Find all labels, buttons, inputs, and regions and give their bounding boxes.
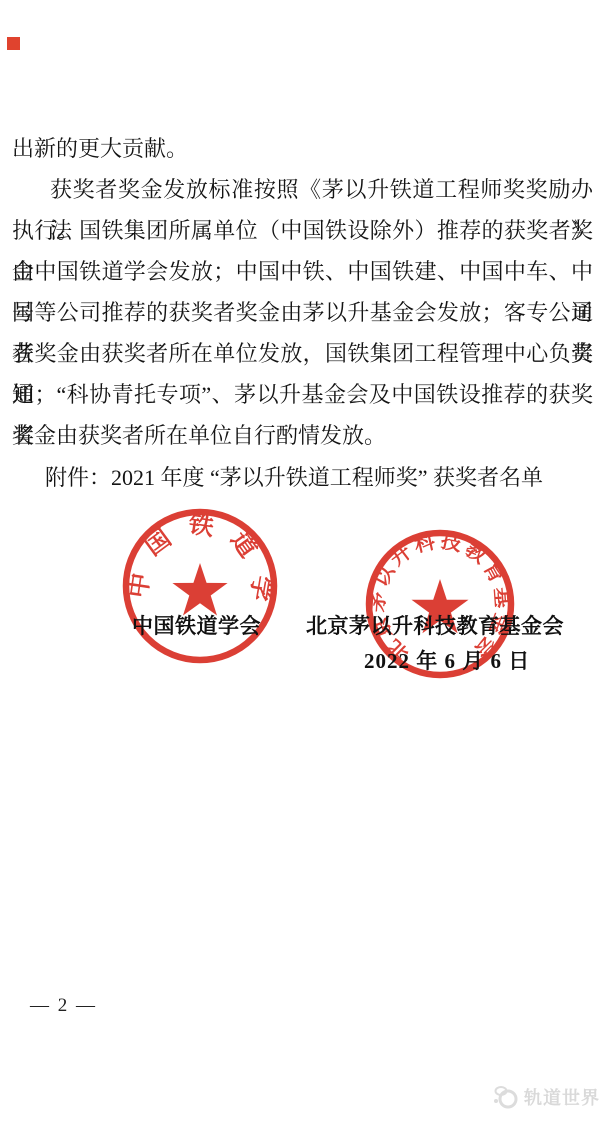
body-paragraphs: 出新的更大贡献。 获奖者奖金发放标准按照《茅以升铁道工程师奖奖励办法》 执行。国… bbox=[12, 128, 593, 456]
body-line: 奖金由获奖者所在单位自行酌情发放。 bbox=[12, 415, 593, 456]
star-icon bbox=[172, 563, 227, 616]
body-line: 执行。国铁集团所属单位（中国铁设除外）推荐的获奖者奖金 bbox=[12, 210, 593, 251]
watermark-text: 轨道世界 bbox=[524, 1084, 600, 1110]
signature-right-org: 北京茅以升科技教育基金会 bbox=[306, 610, 564, 640]
page-number: — 2 — bbox=[30, 995, 97, 1017]
rail-world-logo-icon bbox=[492, 1084, 520, 1110]
signature-left-org: 中国铁道学会 bbox=[132, 610, 261, 640]
attachment-line: 附件：2021 年度 “茅以升铁道工程师奖” 获奖者名单 bbox=[12, 462, 593, 493]
document-page: 出新的更大贡献。 获奖者奖金发放标准按照《茅以升铁道工程师奖奖励办法》 执行。国… bbox=[0, 0, 605, 1123]
watermark: 轨道世界 bbox=[492, 1084, 600, 1110]
body-line: 出新的更大贡献。 bbox=[12, 128, 593, 169]
body-line: 获奖者奖金发放标准按照《茅以升铁道工程师奖奖励办法》 bbox=[12, 169, 593, 210]
body-line: 由中国铁道学会发放；中国中铁、中国铁建、中国中车、中国通 bbox=[12, 251, 593, 292]
body-line: 者奖金由获奖者所在单位发放，国铁集团工程管理中心负责通 bbox=[12, 333, 593, 374]
body-line: 知；“科协青托专项”、茅以升基金会及中国铁设推荐的获奖者 bbox=[12, 374, 593, 415]
seal-china-railway-society: 中国铁道学会 bbox=[122, 508, 278, 664]
signature-date: 2022 年 6 月 6 日 bbox=[364, 645, 530, 675]
red-corner-marker bbox=[7, 37, 20, 50]
body-line: 号等公司推荐的获奖者奖金由茅以升基金会发放；客专公司获奖 bbox=[12, 292, 593, 333]
